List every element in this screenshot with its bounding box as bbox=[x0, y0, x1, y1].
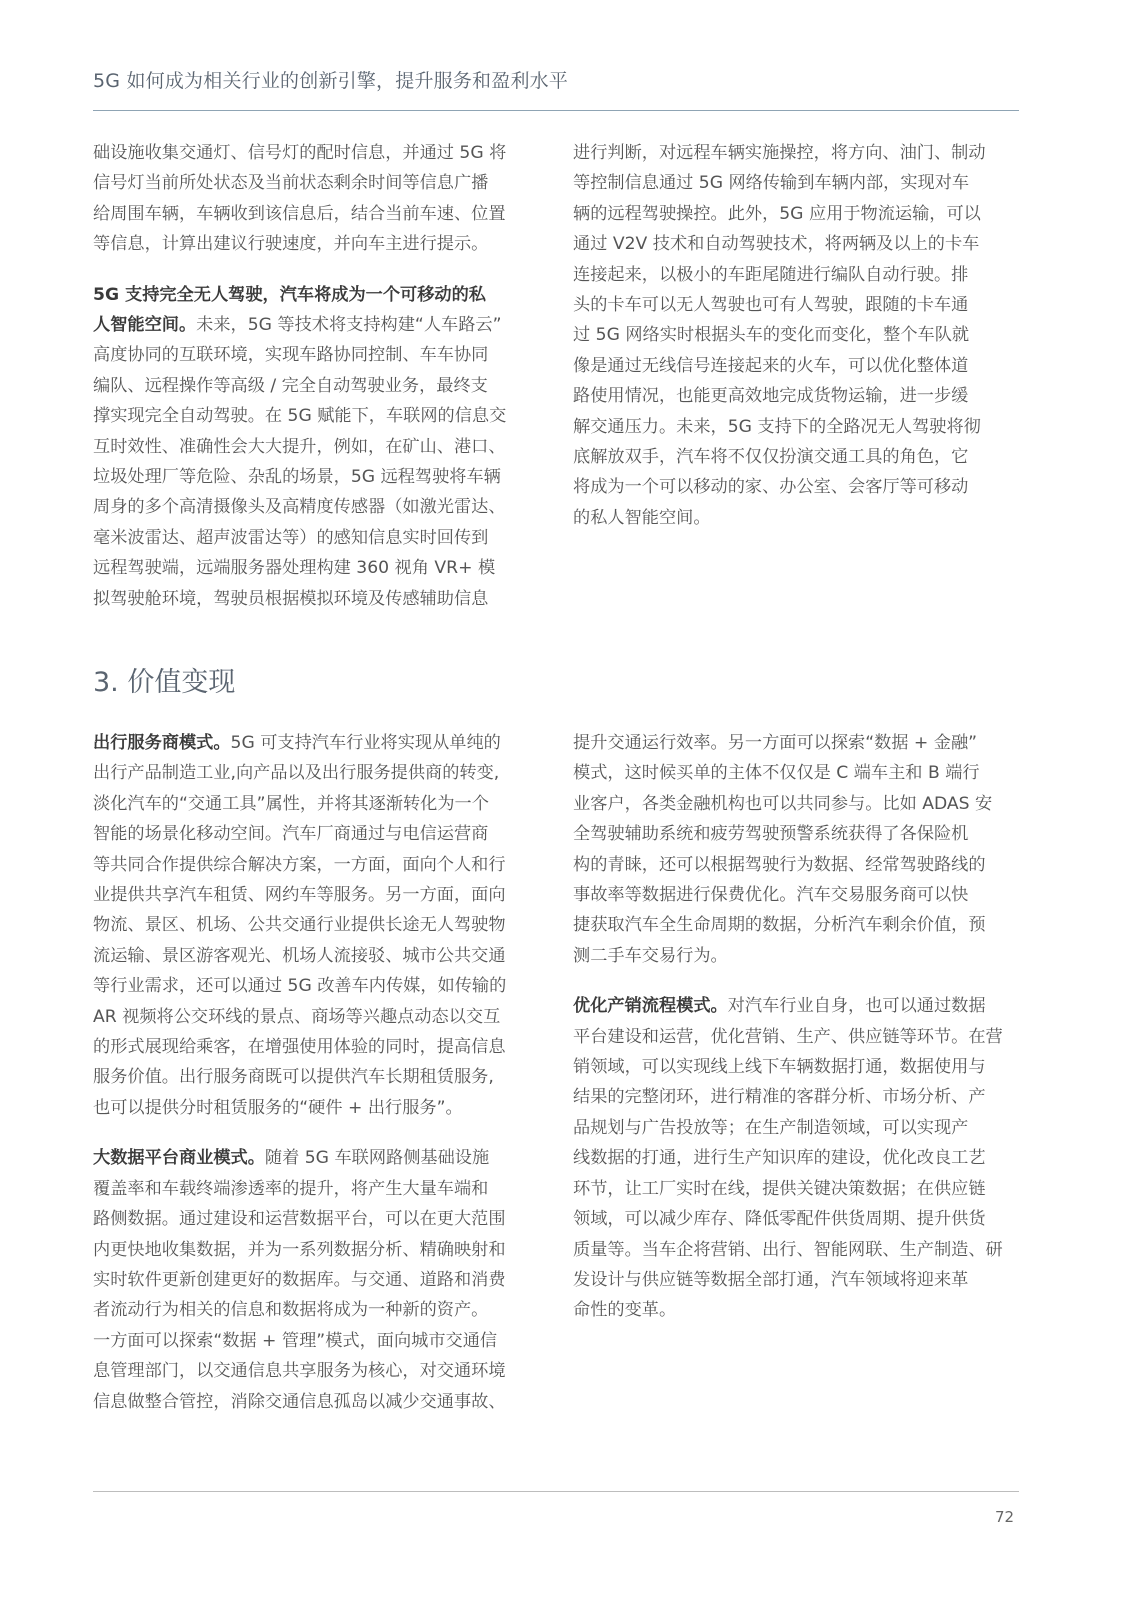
text-line: 智能的场景化移动空间。汽车厂商通过与电信运营商 bbox=[93, 819, 543, 849]
paragraph-data-finance: 提升交通运行效率。另一方面可以探索“数据 + 金融” 模式，这时候买单的主体不仅… bbox=[573, 728, 1023, 971]
text-line: 环节，让工厂实时在线，提供关键决策数据；在供应链 bbox=[573, 1174, 1023, 1204]
text-fragment: 对汽车行业自身，也可以通过数据 bbox=[728, 996, 986, 1016]
text-line: 结果的完整闭环，进行精准的客群分析、市场分析、产 bbox=[573, 1082, 1023, 1112]
page-header-title: 5G 如何成为相关行业的创新引擎，提升服务和盈利水平 bbox=[93, 66, 568, 93]
text-line: 人智能空间。未来，5G 等技术将支持构建“人车路云” bbox=[93, 310, 543, 340]
text-line: 垃圾处理厂等危险、杂乱的场景，5G 远程驾驶将车辆 bbox=[93, 462, 543, 492]
text-line: 像是通过无线信号连接起来的火车，可以优化整体道 bbox=[573, 351, 1023, 381]
text-line: 服务价值。出行服务商既可以提供汽车长期租赁服务, bbox=[93, 1062, 543, 1092]
text-line: 的形式展现给乘客，在增强使用体验的同时，提高信息 bbox=[93, 1032, 543, 1062]
text-line: 给周围车辆，车辆收到该信息后，结合当前车速、位置 bbox=[93, 199, 543, 229]
text-line: 事故率等数据进行保费优化。汽车交易服务商可以快 bbox=[573, 880, 1023, 910]
bottom-left-column: 出行服务商模式。5G 可支持汽车行业将实现从单纯的 出行产品制造工业,向产品以及… bbox=[93, 728, 543, 1437]
text-line: 路侧数据。通过建设和运营数据平台，可以在更大范围 bbox=[93, 1204, 543, 1234]
text-line: 头的卡车可以无人驾驶也可有人驾驶，跟随的卡车通 bbox=[573, 290, 1023, 320]
text-line: 进行判断，对远程车辆实施操控，将方向、油门、制动 bbox=[573, 138, 1023, 168]
paragraph-signal-info: 础设施收集交通灯、信号灯的配时信息，并通过 5G 将 信号灯当前所处状态及当前状… bbox=[93, 138, 543, 260]
text-line: 测二手车交易行为。 bbox=[573, 941, 1023, 971]
text-line: 模式，这时候买单的主体不仅仅是 C 端车主和 B 端行 bbox=[573, 758, 1023, 788]
text-line: 等信息，计算出建议行驶速度，并向车主进行提示。 bbox=[93, 229, 543, 259]
text-line: 质量等。当车企将营销、出行、智能网联、生产制造、研 bbox=[573, 1235, 1023, 1265]
text-line: 毫米波雷达、超声波雷达等）的感知信息实时回传到 bbox=[93, 523, 543, 553]
text-line: 销领域，可以实现线上线下车辆数据打通，数据使用与 bbox=[573, 1052, 1023, 1082]
paragraph-lead: 5G 支持完全无人驾驶，汽车将成为一个可移动的私 bbox=[93, 280, 543, 310]
text-line: 信号灯当前所处状态及当前状态剩余时间等信息广播 bbox=[93, 168, 543, 198]
paragraph-lead: 出行服务商模式。 bbox=[93, 733, 231, 753]
text-line: 一方面可以探索“数据 + 管理”模式，面向城市交通信 bbox=[93, 1326, 543, 1356]
text-line: 等行业需求，还可以通过 5G 改善车内传媒，如传输的 bbox=[93, 971, 543, 1001]
text-line: 础设施收集交通灯、信号灯的配时信息，并通过 5G 将 bbox=[93, 138, 543, 168]
text-line: 领域，可以减少库存、降低零配件供货周期、提升供货 bbox=[573, 1204, 1023, 1234]
text-line: 者流动行为相关的信息和数据将成为一种新的资产。 bbox=[93, 1295, 543, 1325]
text-line: 将成为一个可以移动的家、办公室、会客厅等可移动 bbox=[573, 472, 1023, 502]
header-divider bbox=[93, 110, 1019, 111]
text-line: 互时效性、准确性会大大提升，例如，在矿山、港口、 bbox=[93, 432, 543, 462]
text-line: 捷获取汽车全生命周期的数据，分析汽车剩余价值，预 bbox=[573, 910, 1023, 940]
text-line: 淡化汽车的“交通工具”属性，并将其逐渐转化为一个 bbox=[93, 789, 543, 819]
text-line: 业客户，各类金融机构也可以共同参与。比如 ADAS 安 bbox=[573, 789, 1023, 819]
text-line: 物流、景区、机场、公共交通行业提供长途无人驾驶物 bbox=[93, 910, 543, 940]
paragraph-lead: 优化产销流程模式。 bbox=[573, 996, 728, 1016]
text-line: 构的青睐，还可以根据驾驶行为数据、经常驾驶路线的 bbox=[573, 850, 1023, 880]
page-number: 72 bbox=[995, 1508, 1014, 1526]
paragraph-autonomous-driving: 5G 支持完全无人驾驶，汽车将成为一个可移动的私 人智能空间。未来，5G 等技术… bbox=[93, 280, 543, 614]
text-line: 等共同合作提供综合解决方案，一方面，面向个人和行 bbox=[93, 850, 543, 880]
paragraph-big-data-platform: 大数据平台商业模式。随着 5G 车联网路侧基础设施 覆盖率和车载终端渗透率的提升… bbox=[93, 1143, 543, 1417]
paragraph-remote-control: 进行判断，对远程车辆实施操控，将方向、油门、制动 等控制信息通过 5G 网络传输… bbox=[573, 138, 1023, 533]
text-line: 发设计与供应链等数据全部打通，汽车领域将迎来革 bbox=[573, 1265, 1023, 1295]
text-fragment: 未来，5G 等技术将支持构建“人车路云” bbox=[196, 315, 501, 335]
text-line: 实时软件更新创建更好的数据库。与交通、道路和消费 bbox=[93, 1265, 543, 1295]
text-line: 全驾驶辅助系统和疲劳驾驶预警系统获得了各保险机 bbox=[573, 819, 1023, 849]
text-line: 远程驾驶端，远端服务器处理构建 360 视角 VR+ 模 bbox=[93, 553, 543, 583]
text-line: 品规划与广告投放等；在生产制造领域，可以实现产 bbox=[573, 1113, 1023, 1143]
top-left-column: 础设施收集交通灯、信号灯的配时信息，并通过 5G 将 信号灯当前所处状态及当前状… bbox=[93, 138, 543, 634]
text-line: 内更快地收集数据，并为一系列数据分析、精确映射和 bbox=[93, 1235, 543, 1265]
text-line: 底解放双手，汽车将不仅仅扮演交通工具的角色，它 bbox=[573, 442, 1023, 472]
bottom-right-column: 提升交通运行效率。另一方面可以探索“数据 + 金融” 模式，这时候买单的主体不仅… bbox=[573, 728, 1023, 1346]
text-line: 出行产品制造工业,向产品以及出行服务提供商的转变, bbox=[93, 758, 543, 788]
text-line: 也可以提供分时租赁服务的“硬件 + 出行服务”。 bbox=[93, 1093, 543, 1123]
text-fragment: 随着 5G 车联网路侧基础设施 bbox=[265, 1148, 489, 1168]
text-line: 撑实现完全自动驾驶。在 5G 赋能下，车联网的信息交 bbox=[93, 401, 543, 431]
text-line: 命性的变革。 bbox=[573, 1295, 1023, 1325]
text-line: 流运输、景区游客观光、机场人流接驳、城市公共交通 bbox=[93, 941, 543, 971]
text-line: 业提供共享汽车租赁、网约车等服务。另一方面，面向 bbox=[93, 880, 543, 910]
text-line: AR 视频将公交环线的景点、商场等兴趣点动态以交互 bbox=[93, 1002, 543, 1032]
text-line: 提升交通运行效率。另一方面可以探索“数据 + 金融” bbox=[573, 728, 1023, 758]
text-line: 拟驾驶舱环境，驾驶员根据模拟环境及传感辅助信息 bbox=[93, 584, 543, 614]
text-line: 编队、远程操作等高级 / 完全自动驾驶业务，最终支 bbox=[93, 371, 543, 401]
paragraph-lead: 大数据平台商业模式。 bbox=[93, 1148, 265, 1168]
text-line: 线数据的打通，进行生产知识库的建设，优化改良工艺 bbox=[573, 1143, 1023, 1173]
text-line: 过 5G 网络实时根据头车的变化而变化，整个车队就 bbox=[573, 320, 1023, 350]
text-line: 通过 V2V 技术和自动驾驶技术，将两辆及以上的卡车 bbox=[573, 229, 1023, 259]
text-line: 平台建设和运营，优化营销、生产、供应链等环节。在营 bbox=[573, 1022, 1023, 1052]
text-line: 等控制信息通过 5G 网络传输到车辆内部，实现对车 bbox=[573, 168, 1023, 198]
text-line: 信息做整合管控，消除交通信息孤岛以减少交通事故、 bbox=[93, 1387, 543, 1417]
top-right-column: 进行判断，对远程车辆实施操控，将方向、油门、制动 等控制信息通过 5G 网络传输… bbox=[573, 138, 1023, 553]
paragraph-mobility-service: 出行服务商模式。5G 可支持汽车行业将实现从单纯的 出行产品制造工业,向产品以及… bbox=[93, 728, 543, 1123]
paragraph-lead: 人智能空间。 bbox=[93, 315, 196, 335]
footer-divider bbox=[93, 1491, 1019, 1492]
text-line: 的私人智能空间。 bbox=[573, 503, 1023, 533]
text-line: 辆的远程驾驶操控。此外，5G 应用于物流运输，可以 bbox=[573, 199, 1023, 229]
text-line: 路使用情况，也能更高效地完成货物运输，进一步缓 bbox=[573, 381, 1023, 411]
paragraph-production-sales: 优化产销流程模式。对汽车行业自身，也可以通过数据 平台建设和运营，优化营销、生产… bbox=[573, 991, 1023, 1325]
text-line: 大数据平台商业模式。随着 5G 车联网路侧基础设施 bbox=[93, 1143, 543, 1173]
text-line: 高度协同的互联环境，实现车路协同控制、车车协同 bbox=[93, 340, 543, 370]
text-line: 优化产销流程模式。对汽车行业自身，也可以通过数据 bbox=[573, 991, 1023, 1021]
text-line: 周身的多个高清摄像头及高精度传感器（如激光雷达、 bbox=[93, 492, 543, 522]
text-line: 解交通压力。未来，5G 支持下的全路况无人驾驶将彻 bbox=[573, 412, 1023, 442]
text-line: 连接起来，以极小的车距尾随进行编队自动行驶。排 bbox=[573, 260, 1023, 290]
section-title: 3. 价值变现 bbox=[93, 660, 235, 699]
text-fragment: 5G 可支持汽车行业将实现从单纯的 bbox=[231, 733, 501, 753]
text-line: 覆盖率和车载终端渗透率的提升，将产生大量车端和 bbox=[93, 1174, 543, 1204]
text-line: 息管理部门，以交通信息共享服务为核心，对交通环境 bbox=[93, 1356, 543, 1386]
text-line: 出行服务商模式。5G 可支持汽车行业将实现从单纯的 bbox=[93, 728, 543, 758]
